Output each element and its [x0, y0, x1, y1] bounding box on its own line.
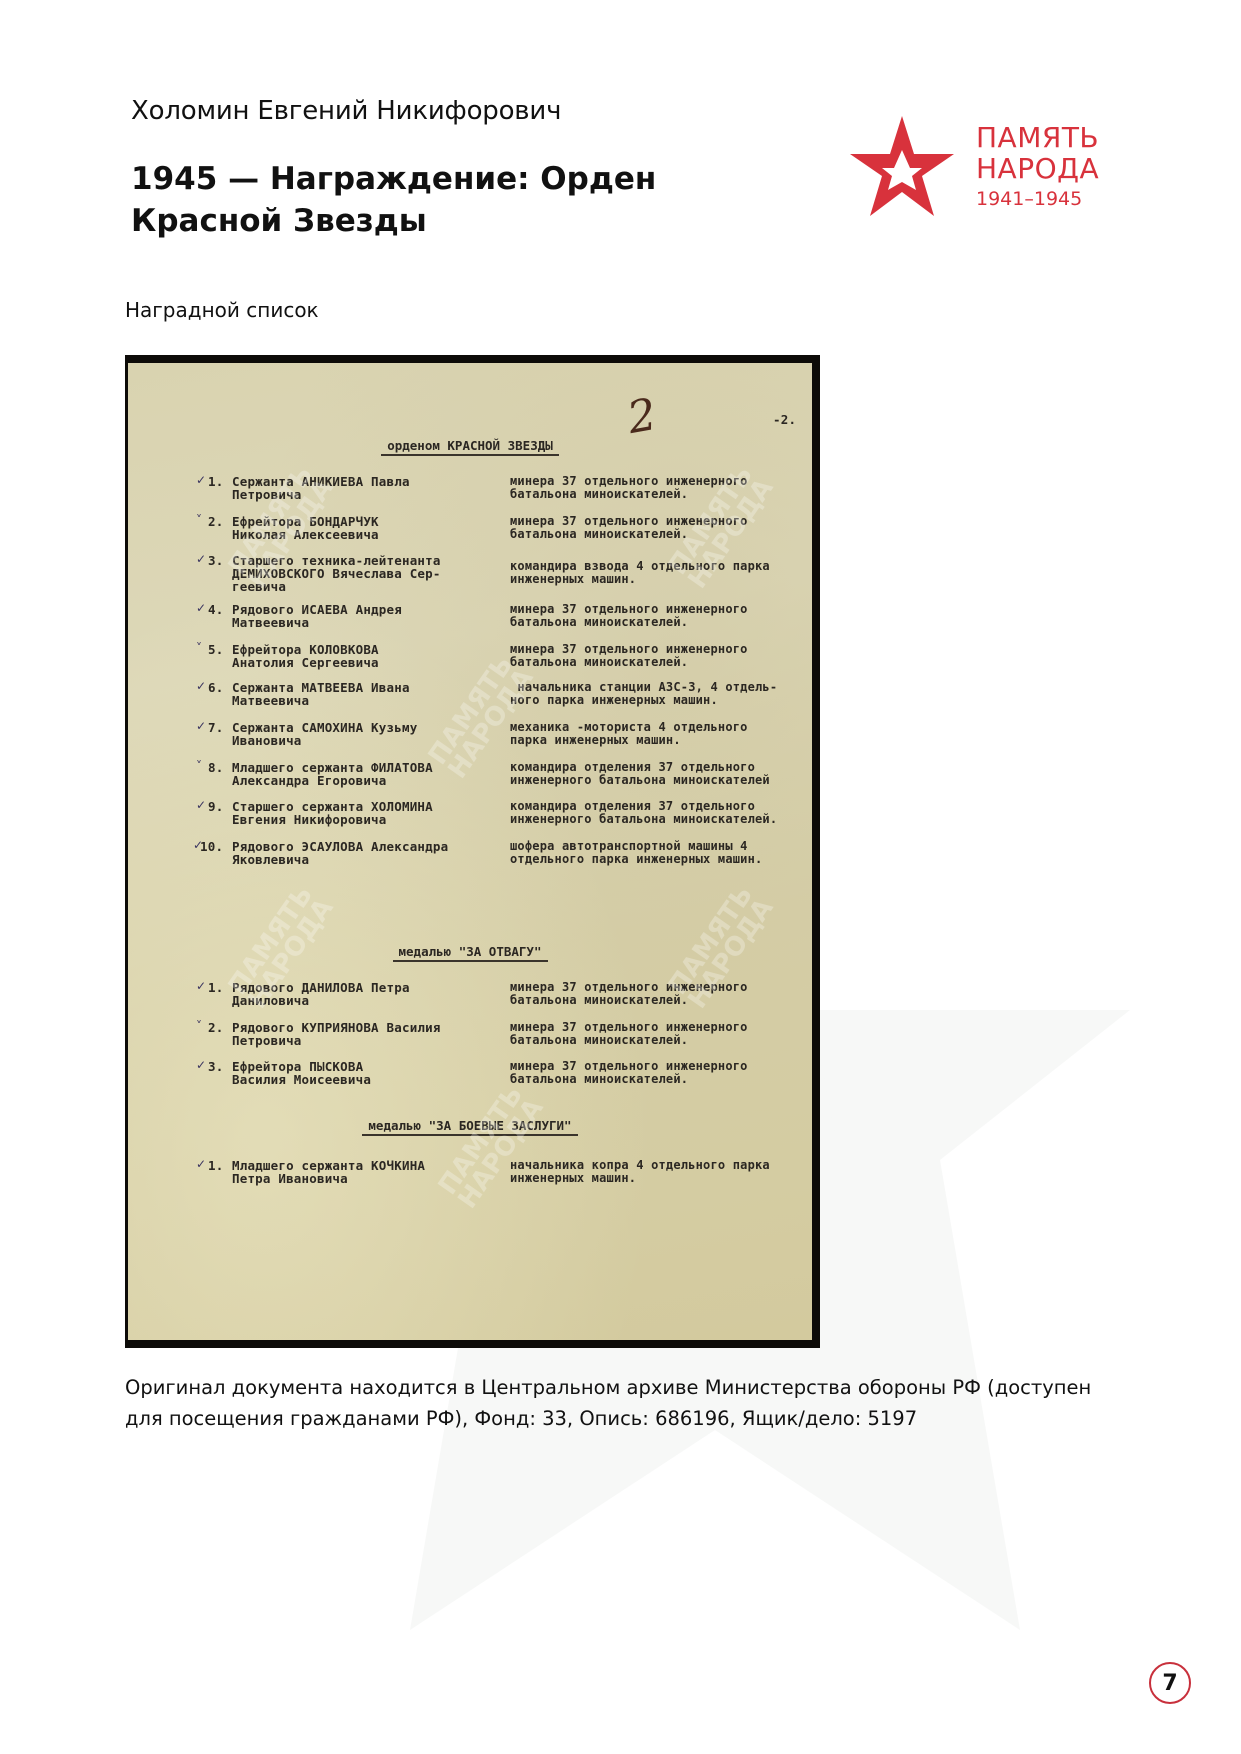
- check-mark-icon: ✓: [196, 719, 206, 733]
- check-mark-icon: ✓: [196, 798, 206, 812]
- entry-number: 4.: [208, 603, 223, 616]
- entry-number: 2.: [208, 515, 223, 528]
- document-paper: 2 -2. орденом КРАСНОЙ ЗВЕЗДЫ✓1.Сержанта …: [128, 363, 812, 1340]
- entry-name: Младшего сержанта ФИЛАТОВА Александра Ег…: [232, 761, 433, 787]
- scanned-award-document[interactable]: 2 -2. орденом КРАСНОЙ ЗВЕЗДЫ✓1.Сержанта …: [125, 355, 820, 1348]
- entry-number: 2.: [208, 1021, 223, 1034]
- pamyat-naroda-logo[interactable]: ПАМЯТЬ НАРОДА 1941–1945: [850, 116, 1140, 221]
- entry-role: командира отделения 37 отдельного инжене…: [510, 800, 777, 826]
- section-heading-text: медалью "ЗА БОЕВЫЕ ЗАСЛУГИ": [362, 1118, 577, 1136]
- check-mark-icon: ✓: [196, 679, 206, 693]
- page-mark: -2.: [773, 413, 796, 426]
- logo-title-line2: НАРОДА: [976, 153, 1099, 184]
- entry-number: 1.: [208, 981, 223, 994]
- person-name: Холомин Евгений Никифорович: [131, 96, 561, 126]
- award-title: 1945 — Награждение: Орден Красной Звезды: [131, 158, 731, 242]
- entry-number: 3.: [208, 554, 223, 567]
- entry-name: Старшего сержанта ХОЛОМИНА Евгения Никиф…: [232, 800, 433, 826]
- page-number: 7: [1149, 1662, 1191, 1704]
- entry-number: 1.: [208, 1159, 223, 1172]
- red-star-icon: [850, 116, 954, 216]
- document-type-label: Наградной список: [125, 298, 319, 322]
- entry-name: Сержанта МАТВЕЕВА Ивана Матвеевича: [232, 681, 410, 707]
- entry-role: минера 37 отдельного инженерного батальо…: [510, 603, 748, 629]
- section-heading-text: медалью "ЗА ОТВАГУ": [393, 944, 548, 962]
- entry-role: минера 37 отдельного инженерного батальо…: [510, 643, 748, 669]
- entry-name: Ефрейтора КОЛОВКОВА Анатолия Сергеевича: [232, 643, 379, 669]
- entry-name: Старшего техника-лейтенанта ДЕМИХОВСКОГО…: [232, 554, 441, 593]
- check-mark-icon: ✓: [196, 979, 206, 993]
- section-heading: медалью "ЗА БОЕВЫЕ ЗАСЛУГИ": [128, 1115, 812, 1134]
- logo-title-line1: ПАМЯТЬ: [976, 122, 1099, 153]
- check-mark-icon: ˅: [196, 759, 202, 773]
- entry-number: 5.: [208, 643, 223, 656]
- entry-name: Сержанта САМОХИНА Кузьму Ивановича: [232, 721, 417, 747]
- check-mark-icon: ✓: [196, 1157, 206, 1171]
- entry-name: Рядового КУПРИЯНОВА Василия Петровича: [232, 1021, 441, 1047]
- entry-name: Рядового ИСАЕВА Андрея Матвеевича: [232, 603, 402, 629]
- entry-role: минера 37 отдельного инженерного батальо…: [510, 981, 748, 1007]
- entry-role: минера 37 отдельного инженерного батальо…: [510, 515, 748, 541]
- entry-role: начальника копра 4 отдельного парка инже…: [510, 1159, 770, 1185]
- check-mark-icon: ˅: [196, 1019, 202, 1033]
- entry-name: Ефрейтора ПЫСКОВА Василия Моисеевича: [232, 1060, 371, 1086]
- section-heading: орденом КРАСНОЙ ЗВЕЗДЫ: [128, 435, 812, 454]
- check-mark-icon: ✓: [196, 473, 206, 487]
- entry-number: 7.: [208, 721, 223, 734]
- watermark-text: ПАМЯТЬ НАРОДА: [435, 1081, 547, 1212]
- entry-name: Младшего сержанта КОЧКИНА Петра Иванович…: [232, 1159, 425, 1185]
- entry-number: 1.: [208, 475, 223, 488]
- entry-role: минера 37 отдельного инженерного батальо…: [510, 1060, 748, 1086]
- entry-name: Рядового ДАНИЛОВА Петра Даниловича: [232, 981, 410, 1007]
- entry-name: Рядового ЭСАУЛОВА Александра Яковлевича: [232, 840, 448, 866]
- check-mark-icon: ˅: [196, 513, 202, 527]
- entry-role: шофера автотранспортной машины 4 отдельн…: [510, 840, 762, 866]
- entry-role: начальника станции АЗС-3, 4 отдель- ного…: [510, 681, 777, 707]
- section-heading: медалью "ЗА ОТВАГУ": [128, 941, 812, 960]
- archive-caption: Оригинал документа находится в Центральн…: [125, 1372, 1105, 1434]
- entry-name: Ефрейтора БОНДАРЧУК Николая Алексеевича: [232, 515, 379, 541]
- entry-name: Сержанта АНИКИЕВА Павла Петровича: [232, 475, 410, 501]
- entry-number: 6.: [208, 681, 223, 694]
- entry-number: 3.: [208, 1060, 223, 1073]
- check-mark-icon: ✓: [196, 1058, 206, 1072]
- entry-number: 9.: [208, 800, 223, 813]
- section-heading-text: орденом КРАСНОЙ ЗВЕЗДЫ: [381, 438, 559, 456]
- entry-role: минера 37 отдельного инженерного батальо…: [510, 1021, 748, 1047]
- entry-role: механика -моториста 4 отдельного парка и…: [510, 721, 748, 747]
- logo-years: 1941–1945: [976, 186, 1099, 212]
- entry-number: 10.: [200, 840, 223, 853]
- entry-role: командира отделения 37 отдельного инжене…: [510, 761, 770, 787]
- check-mark-icon: ˅: [196, 641, 202, 655]
- check-mark-icon: ✓: [196, 552, 206, 566]
- check-mark-icon: ✓: [196, 601, 206, 615]
- entry-role: командира взвода 4 отдельного парка инже…: [510, 560, 770, 586]
- entry-number: 8.: [208, 761, 223, 774]
- entry-role: минера 37 отдельного инженерного батальо…: [510, 475, 748, 501]
